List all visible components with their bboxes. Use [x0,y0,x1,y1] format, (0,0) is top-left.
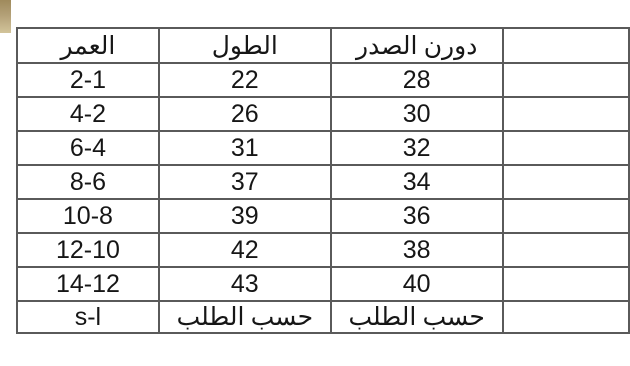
cell-age: 12-10 [17,233,159,267]
column-header-extra [503,28,629,63]
cell-extra [503,267,629,301]
cell-age: 4-2 [17,97,159,131]
cell-extra [503,199,629,233]
cell-chest: 36 [331,199,503,233]
cell-chest: 28 [331,63,503,97]
cell-age: 10-8 [17,199,159,233]
column-header-chest: دورن الصدر [331,28,503,63]
table-row: 14-12 43 40 [17,267,629,301]
cell-chest: 30 [331,97,503,131]
cell-length: 42 [159,233,331,267]
cell-chest: 32 [331,131,503,165]
cell-length: 43 [159,267,331,301]
cell-length: 31 [159,131,331,165]
cell-age: 6-4 [17,131,159,165]
cell-length: 39 [159,199,331,233]
cell-extra [503,97,629,131]
cell-age: 8-6 [17,165,159,199]
cell-length: 26 [159,97,331,131]
column-header-length: الطول [159,28,331,63]
cell-extra [503,233,629,267]
cell-length: 22 [159,63,331,97]
table-row: 12-10 42 38 [17,233,629,267]
cell-age: s-l [17,301,159,333]
cell-extra [503,165,629,199]
column-header-age: العمر [17,28,159,63]
table-row: 6-4 31 32 [17,131,629,165]
table-row: 2-1 22 28 [17,63,629,97]
cell-extra [503,301,629,333]
size-chart-table: العمر الطول دورن الصدر 2-1 22 28 4-2 26 … [16,27,630,334]
cell-chest: حسب الطلب [331,301,503,333]
table-row: 4-2 26 30 [17,97,629,131]
cell-chest: 40 [331,267,503,301]
cell-chest: 38 [331,233,503,267]
page: العمر الطول دورن الصدر 2-1 22 28 4-2 26 … [0,0,630,366]
header-row: العمر الطول دورن الصدر [17,28,629,63]
cell-chest: 34 [331,165,503,199]
cell-length: حسب الطلب [159,301,331,333]
cell-age: 14-12 [17,267,159,301]
cell-age: 2-1 [17,63,159,97]
clipped-image-fragment [0,0,11,33]
table-row: 8-6 37 34 [17,165,629,199]
cell-length: 37 [159,165,331,199]
table-row: 10-8 39 36 [17,199,629,233]
table-row: s-l حسب الطلب حسب الطلب [17,301,629,333]
cell-extra [503,63,629,97]
cell-extra [503,131,629,165]
